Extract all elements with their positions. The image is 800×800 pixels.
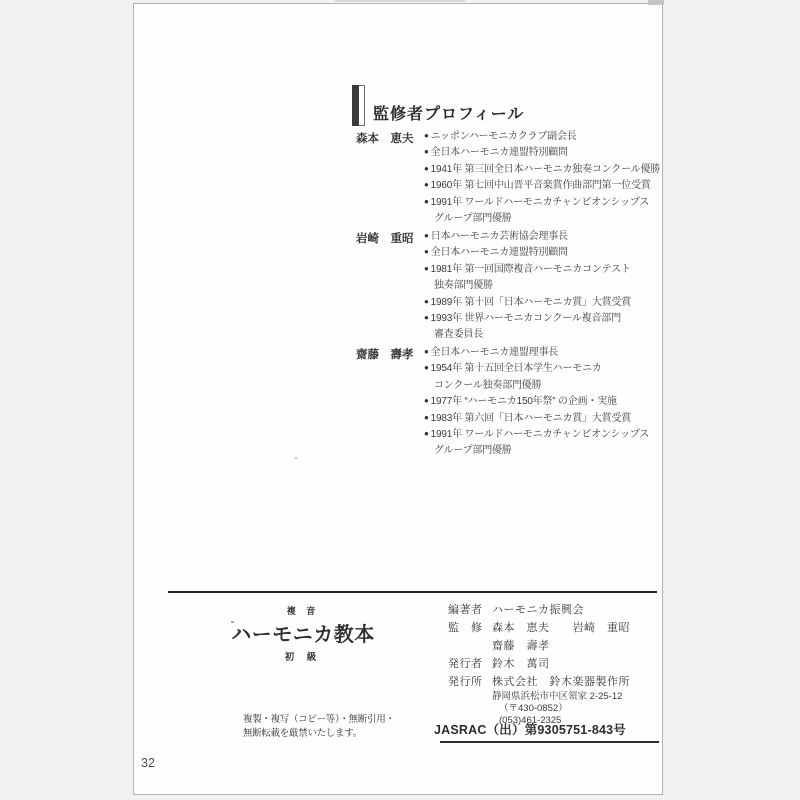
colophon-top-rule bbox=[168, 591, 657, 593]
book-title-block: 複 音 ハーモニカ教本 初 級 bbox=[215, 604, 391, 663]
profile-name: 岩崎 重昭 bbox=[356, 230, 420, 246]
page-number: 32 bbox=[141, 756, 155, 770]
list-item: ●1954年 第十五回全日本学生ハーモニカ bbox=[424, 361, 674, 377]
list-item-text: 1989年 第十回「日本ハーモニカ賞」大賞受賞 bbox=[431, 297, 631, 308]
list-item-text: 審査委員長 bbox=[434, 329, 483, 340]
scan-artifact bbox=[648, 0, 664, 5]
bullet-icon: ● bbox=[424, 247, 429, 256]
page-title: 監修者プロフィール bbox=[373, 101, 524, 124]
list-item: ●1981年 第一回国際複音ハーモニカコンテスト bbox=[424, 262, 674, 278]
bullet-icon: ● bbox=[424, 396, 429, 405]
list-item-text: 1983年 第六回「日本ハーモニカ賞」大賞受賞 bbox=[431, 413, 631, 424]
pub-row-supervisors: 監 修森本 恵夫 岩崎 重昭 bbox=[448, 619, 663, 637]
pub-value: 森本 恵夫 岩崎 重昭 bbox=[492, 622, 630, 634]
profile-achievements: ●日本ハーモニカ芸術協会理事長 ●全日本ハーモニカ連盟特別顧問 ●1981年 第… bbox=[424, 229, 674, 344]
list-item-text: 1981年 第一回国際複音ハーモニカコンテスト bbox=[431, 264, 631, 275]
pub-value: 鈴木 萬司 bbox=[492, 658, 550, 670]
bullet-icon: ● bbox=[424, 264, 429, 273]
scan-artifact bbox=[231, 621, 234, 623]
bullet-icon: ● bbox=[424, 231, 429, 240]
list-item: ●日本ハーモニカ芸術協会理事長 bbox=[424, 229, 674, 245]
copyright-notice-line1: 複製・複写（コピー等）・無断引用・ bbox=[243, 713, 395, 727]
list-item: ●1993年 世界ハーモニカコンクール複音部門 bbox=[424, 311, 674, 327]
list-item-text: 全日本ハーモニカ連盟理事長 bbox=[431, 347, 558, 358]
list-item-text: 1941年 第三回全日本ハーモニカ独奏コンクール優勝 bbox=[431, 164, 660, 175]
pub-label: 発行所 bbox=[448, 673, 492, 691]
book-page: 監修者プロフィール 森本 恵夫 ●ニッポンハーモニカクラブ副会長 ●全日本ハーモ… bbox=[133, 3, 663, 795]
list-item-text: グループ部門優勝 bbox=[434, 213, 512, 224]
pub-value: 齋藤 壽孝 bbox=[492, 640, 550, 652]
bullet-icon: ● bbox=[424, 429, 429, 438]
postal-code: （〒430-0852） bbox=[492, 703, 663, 715]
bullet-icon: ● bbox=[424, 363, 429, 372]
pub-row-publisher-company: 発行所株式会社 鈴木楽器製作所 bbox=[448, 673, 663, 691]
list-item-text: ニッポンハーモニカクラブ副会長 bbox=[431, 131, 577, 142]
list-item: ●全日本ハーモニカ連盟特別顧問 bbox=[424, 245, 674, 261]
bullet-icon: ● bbox=[424, 413, 429, 422]
profile-name: 齋藤 壽孝 bbox=[356, 346, 420, 362]
pub-label: 編著者 bbox=[448, 601, 492, 619]
list-item-text: グループ部門優勝 bbox=[434, 445, 512, 456]
address-line: 静岡県浜松市中区領家 2-25-12 bbox=[492, 691, 663, 703]
pub-label: 監 修 bbox=[448, 619, 492, 637]
list-item: ●1991年 ワールドハーモニカチャンピオンシップス bbox=[424, 195, 674, 211]
scan-artifact bbox=[295, 457, 297, 459]
list-item-text: 1993年 世界ハーモニカコンクール複音部門 bbox=[431, 313, 621, 324]
list-item: ●ニッポンハーモニカクラブ副会長 bbox=[424, 129, 674, 145]
list-item: ●全日本ハーモニカ連盟理事長 bbox=[424, 345, 674, 361]
bullet-icon: ● bbox=[424, 313, 429, 322]
bullet-icon: ● bbox=[424, 297, 429, 306]
level-label: 初 級 bbox=[215, 649, 391, 663]
bullet-icon: ● bbox=[424, 131, 429, 140]
section-bar-icon bbox=[352, 85, 367, 126]
scan-background: 監修者プロフィール 森本 恵夫 ●ニッポンハーモニカクラブ副会長 ●全日本ハーモ… bbox=[0, 0, 800, 800]
list-item-text: 1991年 ワールドハーモニカチャンピオンシップス bbox=[431, 429, 649, 440]
list-item-text: 独奏部門優勝 bbox=[434, 280, 493, 291]
series-label: 複 音 bbox=[215, 604, 391, 617]
list-item-text: 全日本ハーモニカ連盟特別顧問 bbox=[431, 247, 568, 258]
list-item-continuation: コンクール独奏部門優勝 bbox=[424, 378, 674, 394]
list-item-text: 1977年 “ハーモニカ150年祭” の企画・実施 bbox=[431, 396, 617, 407]
list-item: ●1977年 “ハーモニカ150年祭” の企画・実施 bbox=[424, 394, 674, 410]
profile-achievements: ●ニッポンハーモニカクラブ副会長 ●全日本ハーモニカ連盟特別顧問 ●1941年 … bbox=[424, 129, 674, 227]
bullet-icon: ● bbox=[424, 197, 429, 206]
profile-name: 森本 恵夫 bbox=[356, 130, 420, 146]
jasrac-license: JASRAC（出）第9305751-843号 bbox=[434, 720, 626, 738]
copyright-notice-line2: 無断転載を厳禁いたします。 bbox=[243, 727, 395, 741]
bullet-icon: ● bbox=[424, 147, 429, 156]
bullet-icon: ● bbox=[424, 180, 429, 189]
list-item: ●1989年 第十回「日本ハーモニカ賞」大賞受賞 bbox=[424, 295, 674, 311]
list-item: ●全日本ハーモニカ連盟特別顧問 bbox=[424, 145, 674, 161]
pub-value: 株式会社 鈴木楽器製作所 bbox=[492, 676, 630, 688]
list-item-text: 全日本ハーモニカ連盟特別顧問 bbox=[431, 147, 568, 158]
list-item: ●1991年 ワールドハーモニカチャンピオンシップス bbox=[424, 427, 674, 443]
pub-row-supervisors-2: 齋藤 壽孝 bbox=[448, 637, 663, 655]
pub-row-publisher-person: 発行者鈴木 萬司 bbox=[448, 655, 663, 673]
list-item-text: 1954年 第十五回全日本学生ハーモニカ bbox=[431, 363, 602, 374]
section-bar-light bbox=[359, 85, 365, 126]
list-item: ●1983年 第六回「日本ハーモニカ賞」大賞受賞 bbox=[424, 411, 674, 427]
list-item-text: 1960年 第七回中山晋平音楽賞作曲部門第一位受賞 bbox=[431, 180, 651, 191]
list-item-continuation: 審査委員長 bbox=[424, 327, 674, 343]
list-item: ●1960年 第七回中山晋平音楽賞作曲部門第一位受賞 bbox=[424, 178, 674, 194]
scan-artifact bbox=[335, 0, 465, 2]
bullet-icon: ● bbox=[424, 164, 429, 173]
bullet-icon: ● bbox=[424, 347, 429, 356]
list-item-continuation: 独奏部門優勝 bbox=[424, 278, 674, 294]
list-item-text: 日本ハーモニカ芸術協会理事長 bbox=[431, 231, 568, 242]
copyright-notice: 複製・複写（コピー等）・無断引用・ 無断転載を厳禁いたします。 bbox=[243, 713, 395, 740]
section-bar-dark bbox=[352, 85, 359, 126]
pub-row-editor: 編著者ハーモニカ振興会 bbox=[448, 601, 663, 619]
profile-achievements: ●全日本ハーモニカ連盟理事長 ●1954年 第十五回全日本学生ハーモニカ コンク… bbox=[424, 345, 674, 460]
pub-label: 発行者 bbox=[448, 655, 492, 673]
list-item-text: 1991年 ワールドハーモニカチャンピオンシップス bbox=[431, 197, 649, 208]
pub-value: ハーモニカ振興会 bbox=[492, 604, 584, 616]
list-item-continuation: グループ部門優勝 bbox=[424, 443, 674, 459]
publication-info: 編著者ハーモニカ振興会 監 修森本 恵夫 岩崎 重昭 齋藤 壽孝 発行者鈴木 萬… bbox=[448, 601, 663, 728]
colophon-bottom-rule bbox=[440, 741, 659, 743]
list-item-text: コンクール独奏部門優勝 bbox=[434, 380, 541, 391]
list-item: ●1941年 第三回全日本ハーモニカ独奏コンクール優勝 bbox=[424, 162, 674, 178]
list-item-continuation: グループ部門優勝 bbox=[424, 211, 674, 227]
book-title: ハーモニカ教本 bbox=[215, 618, 391, 647]
